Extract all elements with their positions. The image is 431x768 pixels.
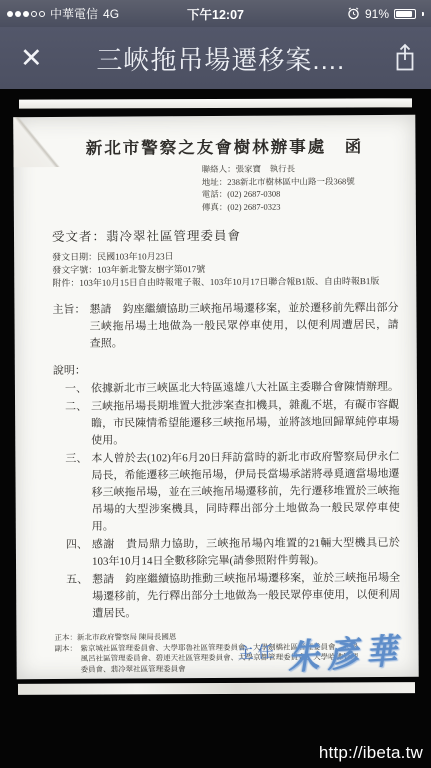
carrier-label: 中華電信 (50, 5, 98, 22)
close-button[interactable]: ✕ (14, 45, 49, 72)
item-text: 懇請 鈞座繼續協助推動三峽拖吊場遷移案，並於三峽拖吊場全場遷移前，先行釋出部分土… (92, 570, 400, 623)
nav-bar: ✕ 三峽拖吊場遷移案.... (0, 27, 431, 89)
item-number: 二、 (65, 399, 91, 450)
contact-person: 聯絡人：張家寶 執行長 (202, 162, 398, 176)
share-icon (393, 43, 417, 73)
signature-block: 主任 朱彥華 (237, 628, 404, 674)
item-number: 四、 (66, 537, 92, 571)
signal-strength-icon (7, 11, 45, 17)
item-text: 感謝 貴局鼎力協助，三峽拖吊場內堆置的21輛大型機具已於103年10月14日全數… (92, 535, 400, 571)
contact-address: 地址：238新北市樹林區中山路一段368號 (202, 174, 398, 188)
paper-edge-top (19, 98, 412, 108)
page-title: 三峽拖吊場遷移案.... (49, 40, 393, 77)
subject-text: 懇請 鈞座繼續協助三峽拖吊場遷移案，並於遷移前先釋出部分三峽拖吊場土地做為一般民… (89, 300, 398, 353)
phone-screen: 中華電信 4G 下午12:07 91% ✕ 三峽拖吊場遷移案.... (0, 0, 431, 768)
item-text: 三峽拖吊場長期堆置大批涉案查扣機具，雜亂不堪，有礙市容觀瞻，市民陳情希望能遷移三… (91, 397, 399, 450)
official-letter-page: 新北市警察之友會樹林辦事處 函 聯絡人：張家寶 執行長 地址：238新北市樹林區… (13, 115, 418, 679)
network-type-label: 4G (103, 7, 119, 21)
list-item: 二、 三峽拖吊場長期堆置大批涉案查扣機具，雜亂不堪，有礙市容觀瞻，市民陳情希望能… (53, 397, 399, 450)
recipient-line: 受文者：翡冷翠社區管理委員會 (52, 225, 398, 245)
status-right: 91% (347, 7, 424, 21)
item-number: 三、 (65, 451, 92, 536)
item-number: 一、 (65, 381, 91, 398)
item-number: 五、 (66, 572, 92, 623)
explanation-label: 說明： (53, 361, 399, 380)
contact-block: 聯絡人：張家寶 執行長 地址：238新北市樹林區中山路一段368號 電話：(02… (202, 162, 398, 213)
watermark-url: http://ibeta.tw (319, 743, 423, 763)
cc-label: 副本： (55, 643, 81, 675)
meta-block: 發文日期：民國103年10月23日 發文字號：103年新北警友樹字第017號 附… (52, 249, 398, 290)
list-item: 四、 感謝 貴局鼎力協助，三峽拖吊場內堆置的21輛大型機具已於103年10月14… (54, 535, 400, 571)
paper-edge-bottom (18, 682, 415, 695)
letter-title: 新北市警察之友會樹林辦事處 函 (51, 133, 397, 159)
status-bar: 中華電信 4G 下午12:07 91% (0, 0, 431, 27)
list-item: 一、 依據新北市三峽區北大特區遠雄八大社區主委聯合會陳情辦理。 (53, 379, 399, 398)
subject-label: 主旨： (52, 302, 89, 353)
battery-icon (394, 9, 416, 19)
paper-fold-corner (13, 117, 59, 167)
document-photo: 新北市警察之友會樹林辦事處 函 聯絡人：張家寶 執行長 地址：238新北市樹林區… (0, 89, 431, 768)
list-item: 三、 本人曾於去(102)年6月20日拜訪當時的新北市政府警察局伊永仁局長，希能… (53, 449, 400, 536)
list-item: 五、 懇請 鈞座繼續協助推動三峽拖吊場遷移案，並於三峽拖吊場全場遷移前，先行釋出… (54, 570, 400, 623)
signature-handwriting: 朱彥華 (286, 622, 406, 679)
battery-percent-label: 91% (365, 7, 389, 21)
item-text: 依據新北市三峽區北大特區遠雄八大社區主委聯合會陳情辦理。 (91, 379, 399, 398)
status-left: 中華電信 4G (7, 5, 119, 22)
contact-fax: 傳真：(02) 2687-0323 (202, 199, 398, 213)
attachment-line: 附件：103年10月15日自由時報電子報、103年10月17日聯合報B1版、自由… (52, 275, 398, 290)
alarm-clock-icon (347, 7, 360, 20)
subject-block: 主旨： 懇請 鈞座繼續協助三峽拖吊場遷移案，並於遷移前先釋出部分三峽拖吊場土地做… (52, 300, 398, 353)
share-button[interactable] (393, 43, 417, 73)
item-text: 本人曾於去(102)年6月20日拜訪當時的新北市政府警察局伊永仁局長，希能遷移三… (91, 449, 400, 536)
signer-title: 主任 (237, 639, 278, 664)
contact-phone: 電話：(02) 2687-0308 (202, 187, 398, 201)
